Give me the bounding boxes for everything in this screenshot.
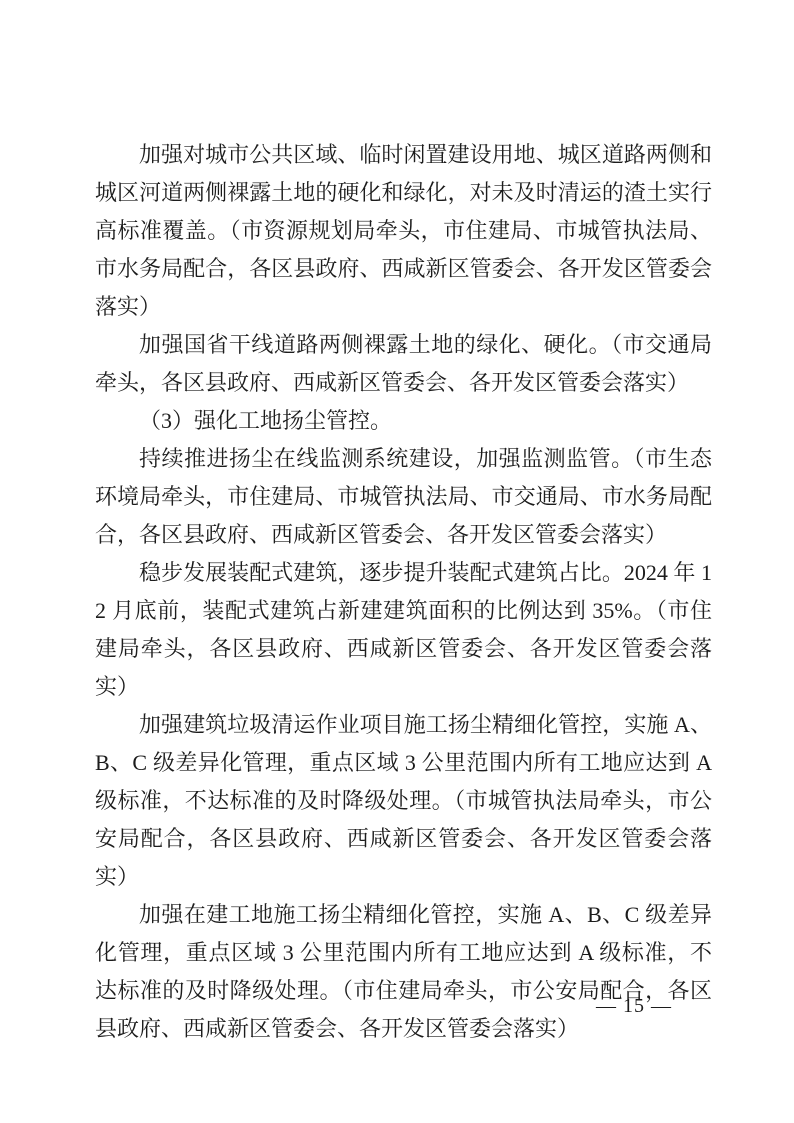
paragraph: 持续推进扬尘在线监测系统建设，加强监测监管。（市生态环境局牵头，市住建局、市城管…: [95, 440, 712, 554]
page-number: — 15 —: [596, 993, 672, 1019]
document-page: 加强对城市公共区域、临时闲置建设用地、城区道路两侧和城区河道两侧裸露土地的硬化和…: [0, 0, 794, 1123]
document-body: 加强对城市公共区域、临时闲置建设用地、城区道路两侧和城区河道两侧裸露土地的硬化和…: [95, 136, 712, 1048]
paragraph: 加强对城市公共区域、临时闲置建设用地、城区道路两侧和城区河道两侧裸露土地的硬化和…: [95, 136, 712, 326]
section-heading: （3）强化工地扬尘管控。: [95, 402, 712, 440]
paragraph: 加强在建工地施工扬尘精细化管控，实施 A、B、C 级差异化管理，重点区域 3 公…: [95, 896, 712, 1048]
paragraph: 加强国省干线道路两侧裸露土地的绿化、硬化。（市交通局牵头，各区县政府、西咸新区管…: [95, 326, 712, 402]
paragraph: 加强建筑垃圾清运作业项目施工扬尘精细化管控，实施 A、B、C 级差异化管理，重点…: [95, 706, 712, 896]
paragraph: 稳步发展装配式建筑，逐步提升装配式建筑占比。2024 年 12 月底前，装配式建…: [95, 554, 712, 706]
